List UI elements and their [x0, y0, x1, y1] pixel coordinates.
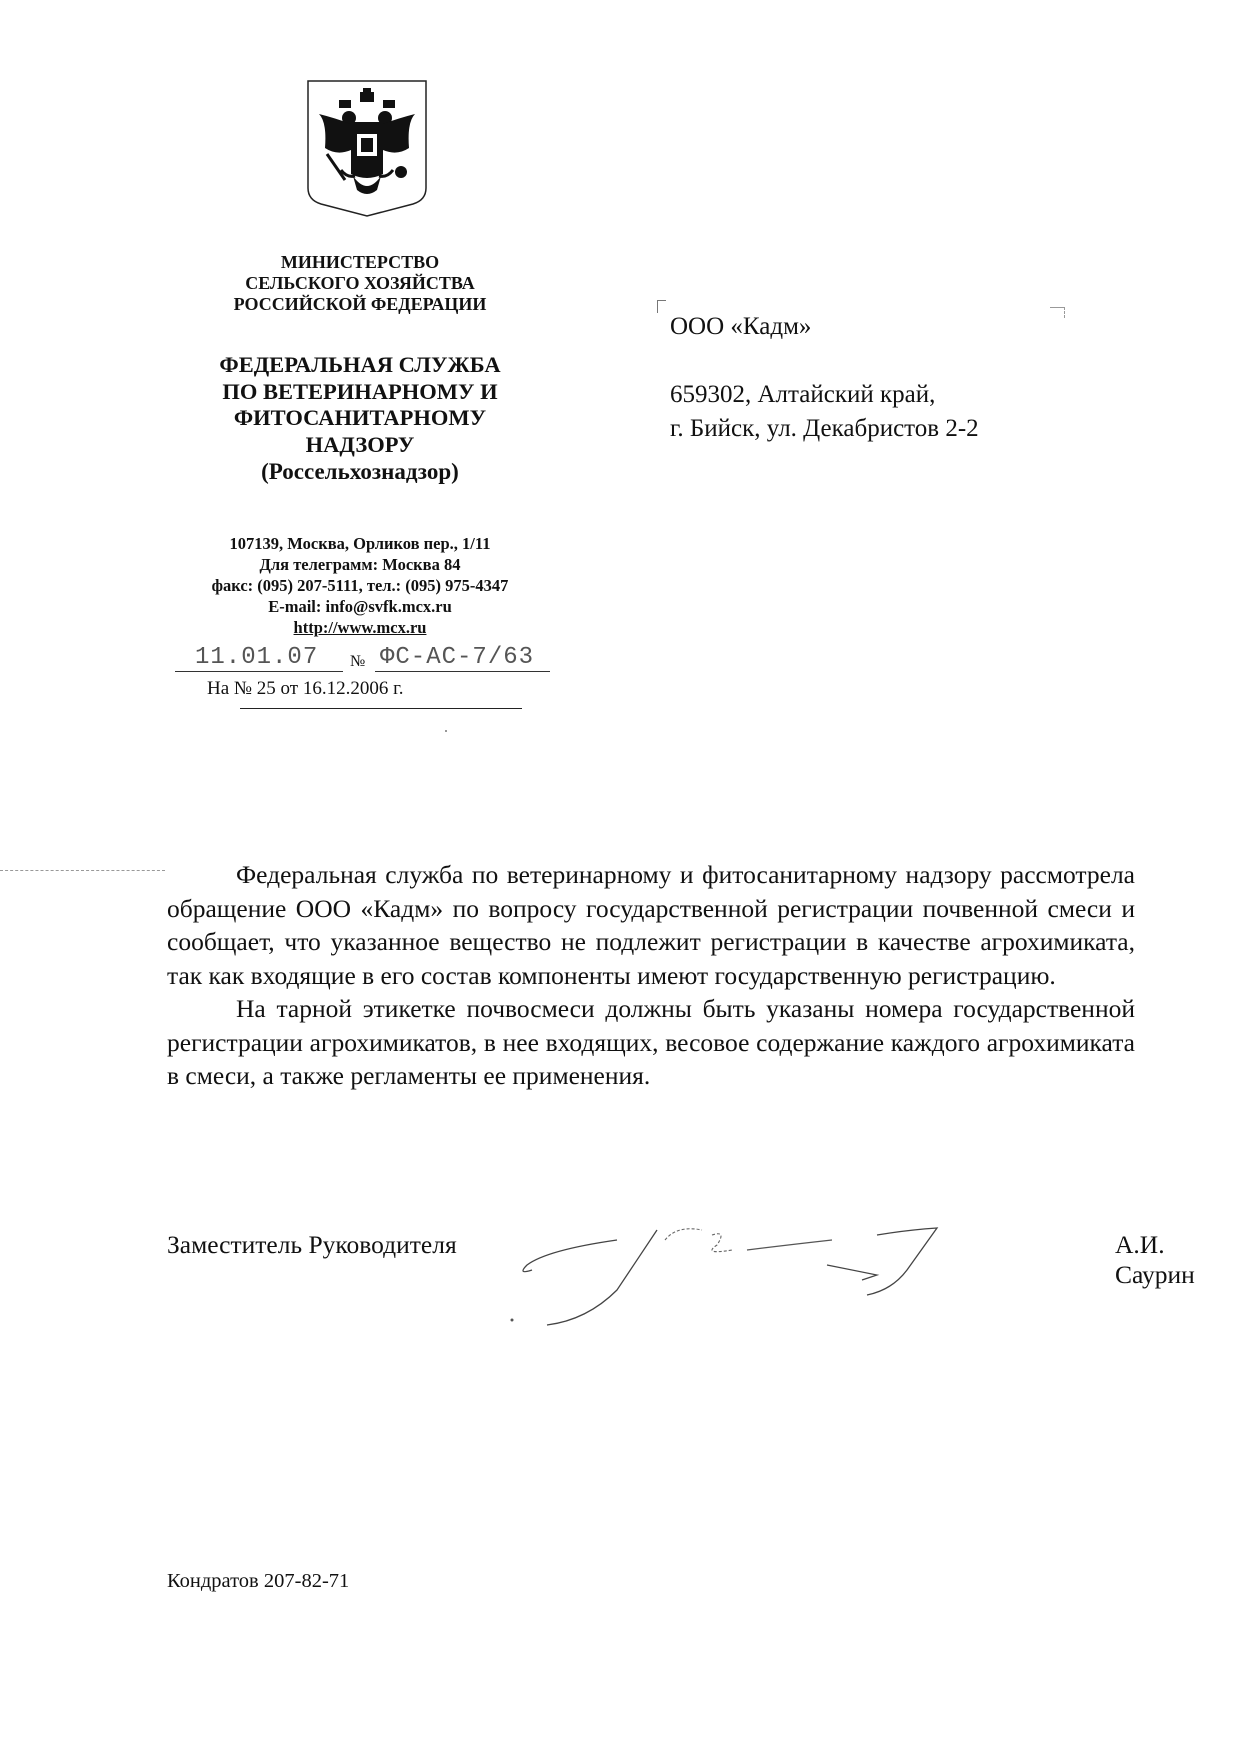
address-corner-top-left	[657, 300, 666, 313]
number-underline	[375, 671, 550, 672]
service-line-2: ПО ВЕТЕРИНАРНОМУ И	[175, 379, 545, 406]
ministry-line-2: СЕЛЬСКОГО ХОЗЯЙСТВА	[175, 273, 545, 294]
ministry-name: МИНИСТЕРСТВО СЕЛЬСКОГО ХОЗЯЙСТВА РОССИЙС…	[175, 252, 545, 315]
service-name: ФЕДЕРАЛЬНАЯ СЛУЖБА ПО ВЕТЕРИНАРНОМУ И ФИ…	[175, 352, 545, 486]
letter-body: Федеральная служба по ветеринарному и фи…	[167, 858, 1135, 1093]
contact-email: E-mail: info@svfk.mcx.ru	[175, 596, 545, 617]
registration-date: 11.01.07	[195, 644, 318, 671]
margin-dash-mark	[0, 870, 165, 871]
service-line-3: ФИТОСАНИТАРНОМУ	[175, 405, 545, 432]
address-line-2: г. Бийск, ул. Декабристов 2-2	[670, 412, 979, 446]
reply-reference: На № 25 от 16.12.2006 г.	[207, 678, 404, 700]
address-corner-top-right	[1050, 307, 1065, 318]
body-paragraph-1: Федеральная служба по ветеринарному и фи…	[167, 858, 1135, 992]
body-paragraph-2: На тарной этикетке почвосмеси должны быт…	[167, 992, 1135, 1093]
reply-underline	[240, 708, 522, 709]
signatory-name: А.И. Саурин	[1115, 1230, 1195, 1290]
signatory-title: Заместитель Руководителя	[167, 1230, 457, 1260]
contact-phones: факс: (095) 207-5111, тел.: (095) 975-43…	[175, 575, 545, 596]
scan-speck	[445, 730, 447, 732]
service-short-name: (Россельхознадзор)	[175, 459, 545, 486]
ministry-line-1: МИНИСТЕРСТВО	[175, 252, 545, 273]
executor-contact: Кондратов 207-82-71	[167, 1570, 349, 1593]
handwritten-signature-icon	[487, 1220, 1107, 1330]
registration-number-label: №	[350, 653, 365, 671]
address-line-1: 659302, Алтайский край,	[670, 378, 979, 412]
date-underline	[175, 671, 343, 672]
ministry-line-3: РОССИЙСКОЙ ФЕДЕРАЦИИ	[175, 294, 545, 315]
service-line-4: НАДЗОРУ	[175, 432, 545, 459]
registration-line: 11.01.07 № ФС-АС-7/63	[175, 644, 555, 672]
addressee-name: ООО «Кадм»	[670, 312, 811, 342]
registration-number: ФС-АС-7/63	[380, 644, 534, 671]
service-line-1: ФЕДЕРАЛЬНАЯ СЛУЖБА	[175, 352, 545, 379]
contact-telegram: Для телеграмм: Москва 84	[175, 554, 545, 575]
contact-address: 107139, Москва, Орликов пер., 1/11	[175, 533, 545, 554]
signature-block: Заместитель Руководителя А.И. Саурин	[167, 1230, 1127, 1310]
contacts-block: 107139, Москва, Орликов пер., 1/11 Для т…	[175, 533, 545, 638]
addressee-address: 659302, Алтайский край, г. Бийск, ул. Де…	[670, 378, 979, 446]
russian-coat-of-arms-icon	[305, 78, 429, 218]
contact-url[interactable]: http://www.mcx.ru	[175, 617, 545, 638]
